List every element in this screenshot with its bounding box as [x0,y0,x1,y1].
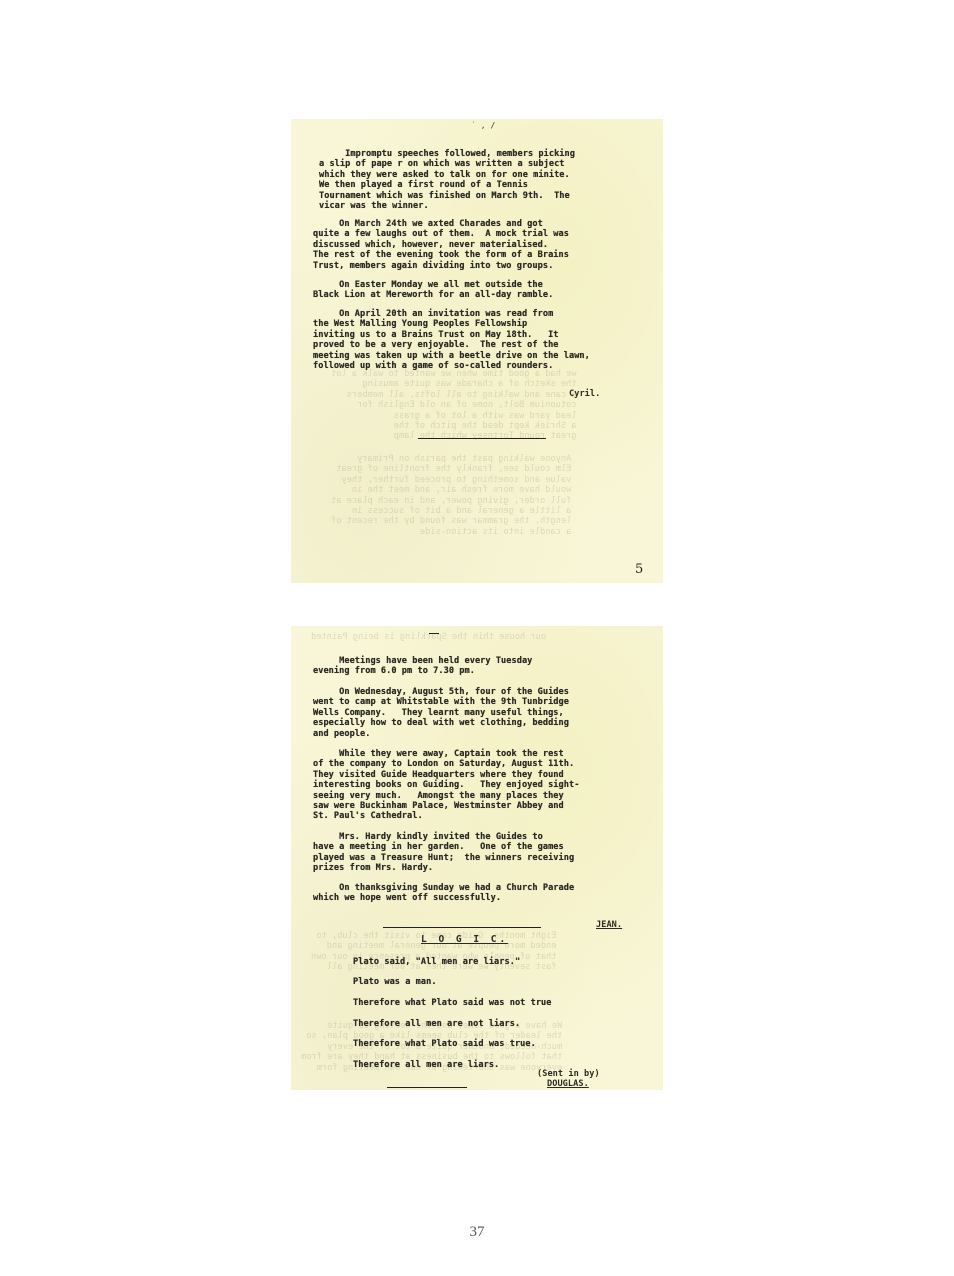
paragraph: Impromptu speeches followed, members pic… [319,149,575,211]
scan-speck: ˙ ‚ / [471,121,495,131]
signature: JEAN. [596,920,622,930]
divider [418,438,546,439]
logic-line: Therefore what Plato said was not true [353,998,552,1008]
bleed-through-text: Anyone walking past the parish on Primar… [331,454,571,537]
paragraph: On March 24th we axted Charades and got … [313,219,569,271]
page-number: 37 [0,1224,954,1241]
paragraph: On thanksgiving Sunday we had a Church P… [313,883,574,904]
logic-line: Therefore what Plato said was true. [353,1039,536,1049]
paragraph: On April 20th an invitation was read fro… [313,309,590,371]
scanned-page-1: we had a good time when we wanted to wal… [291,119,663,583]
credit-text: (Sent in by) [537,1069,600,1079]
signature: Cyril. [569,389,600,399]
logic-line: Therefore all men are liars. [353,1060,499,1070]
divider [383,927,541,928]
credit-name: DOUGLAS. [547,1079,589,1089]
paragraph: On Easter Monday we all met outside the … [313,280,553,301]
logic-line: Plato was a man. [353,977,437,987]
divider [387,1087,467,1088]
paragraph: On Wednesday, August 5th, four of the Gu… [313,687,569,739]
paragraph: Mrs. Hardy kindly invited the Guides to … [313,832,574,874]
paragraph: Meetings have been held every Tuesday ev… [313,656,532,677]
mark [429,633,439,634]
bleed-through-text: we had a good time when we wanted to wal… [331,369,577,442]
logic-title: L O G I C. [421,935,508,945]
handwritten-page-mark: 5 [635,565,643,575]
paragraph: While they were away, Captain took the r… [313,749,579,822]
logic-line: Plato said, "All men are liars." [353,957,520,967]
logic-line: Therefore all men are not liars. [353,1019,520,1029]
scanned-page-2: our house thin the Sparkling is being Pa… [291,626,663,1090]
